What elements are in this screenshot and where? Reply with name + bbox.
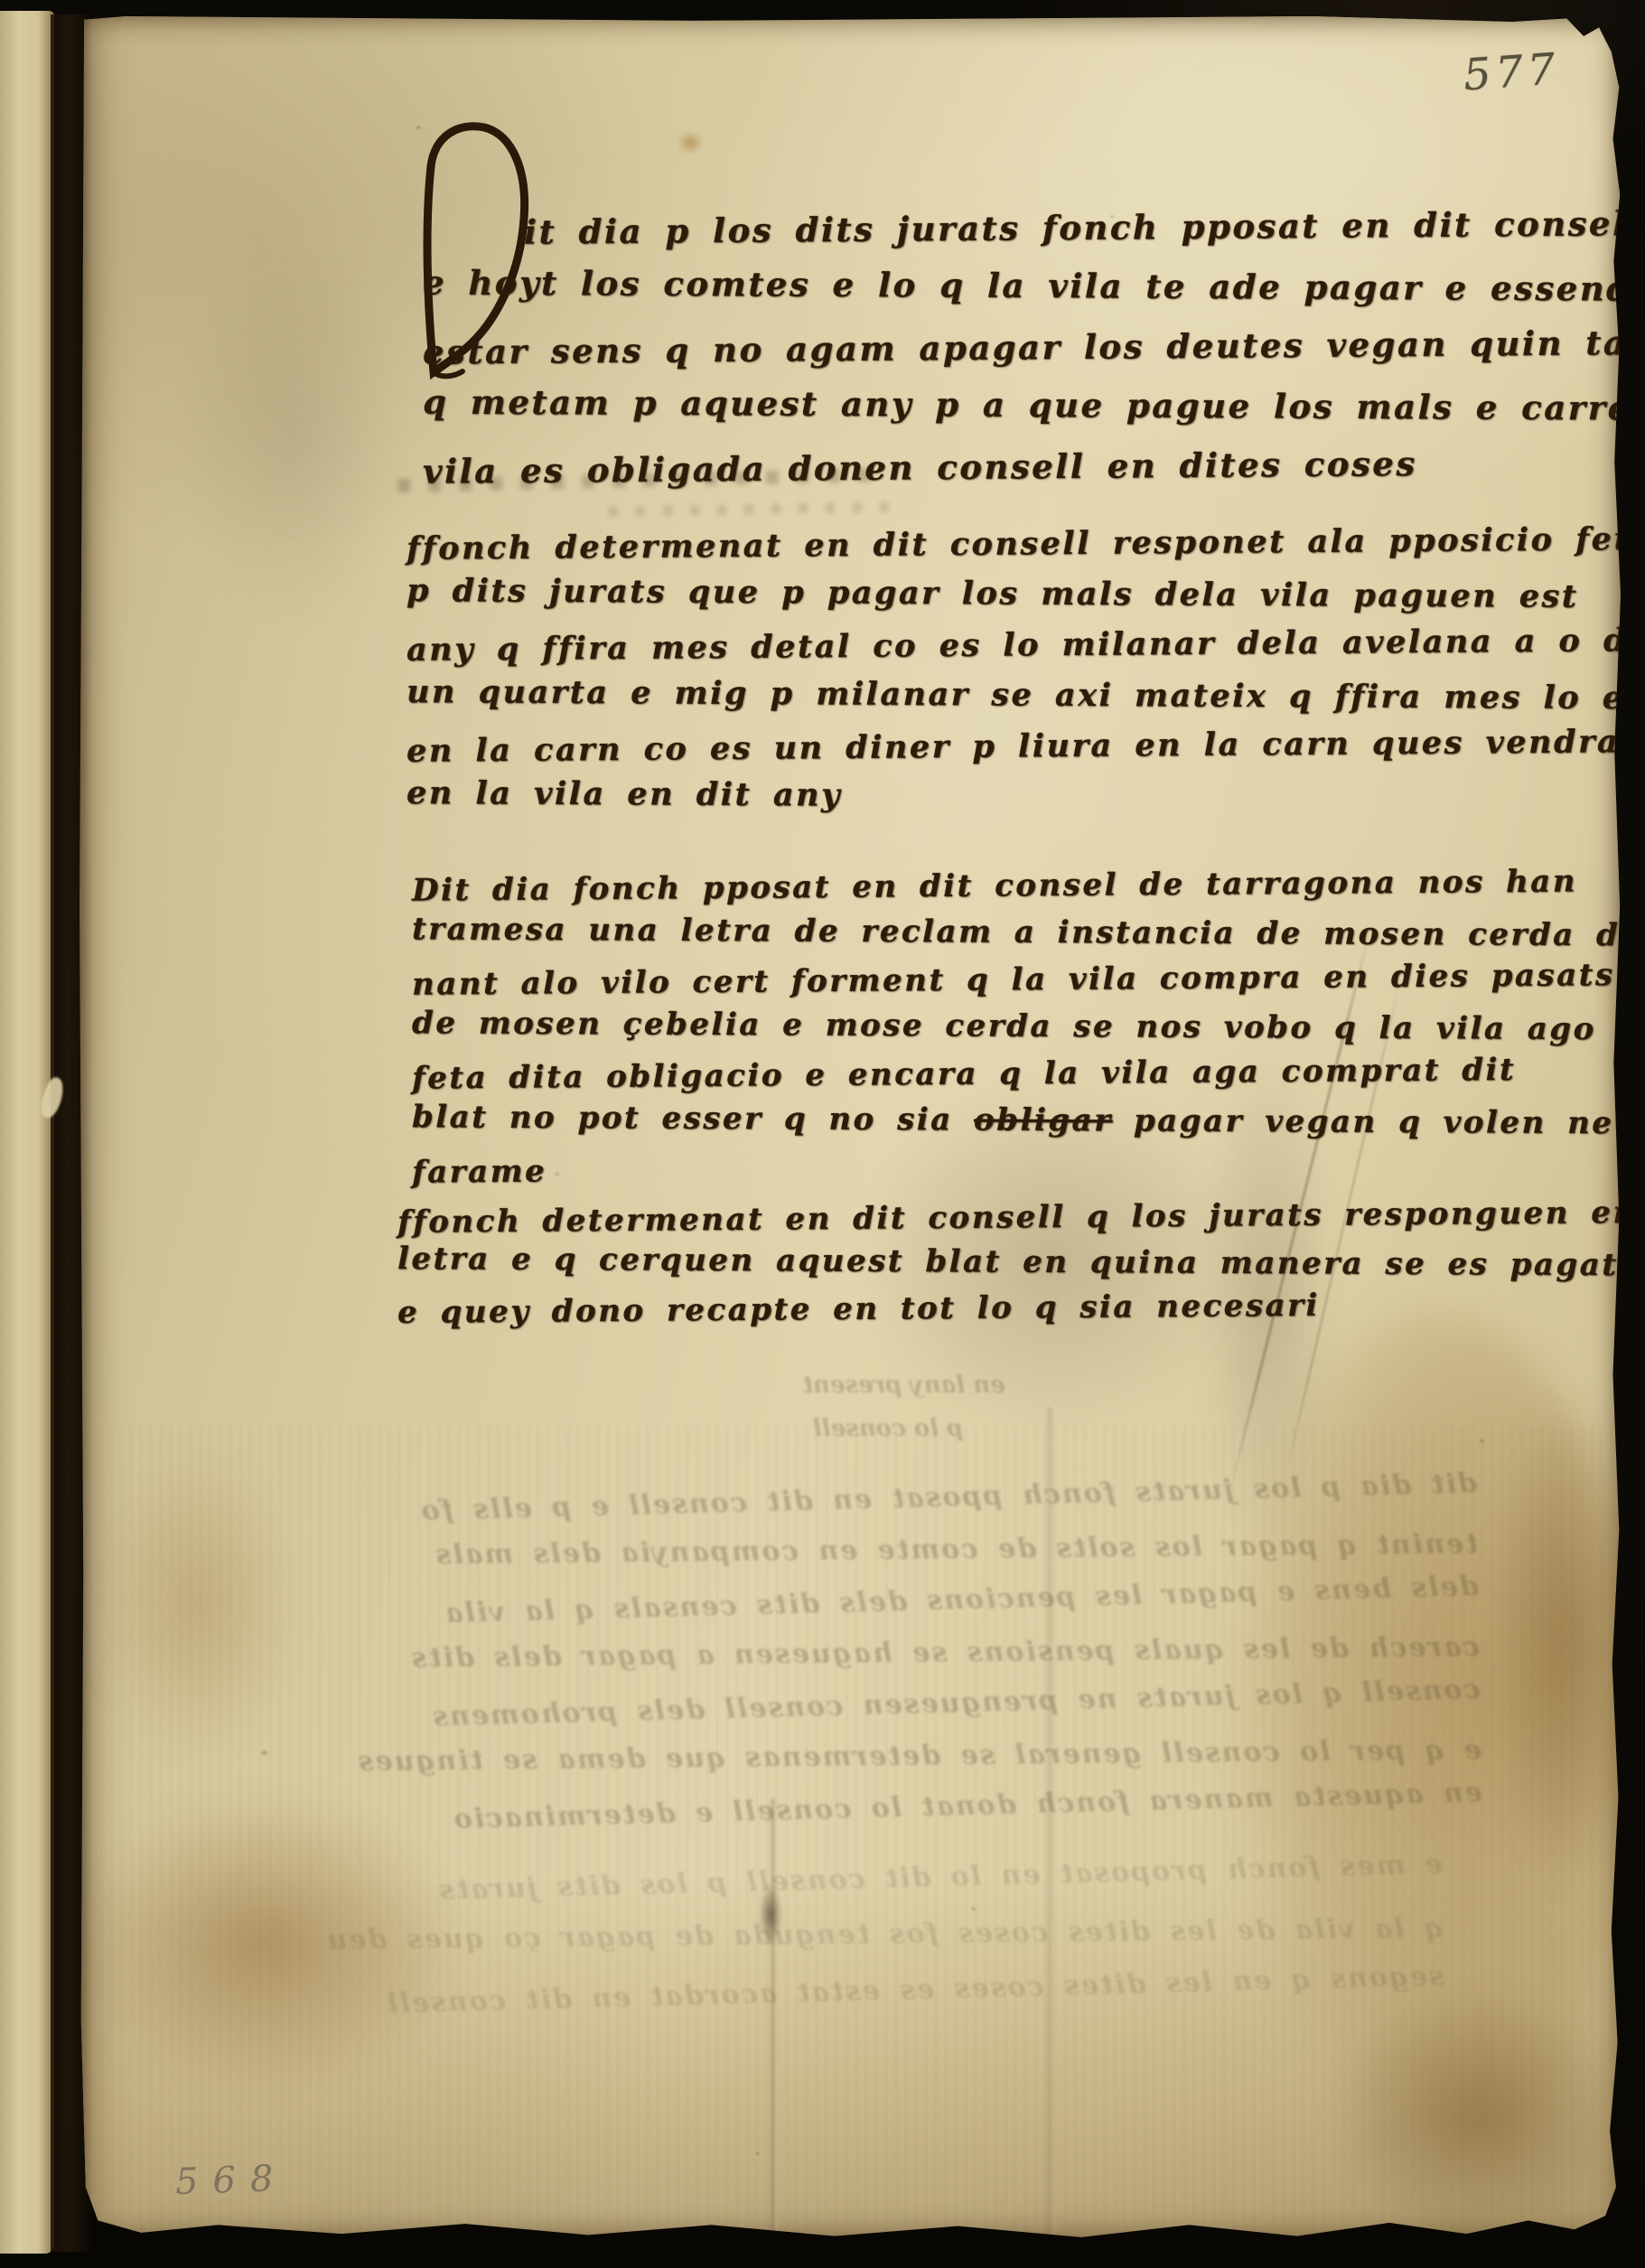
manuscript-scan: 577 568 D it dia p los dits jurats fonch… — [0, 0, 1645, 2268]
struck-word: obligar — [974, 1102, 1113, 1139]
text-line: en la carn co es un diner p liura en la … — [407, 716, 1645, 777]
text-line: ffonch determenat en dit consell respone… — [407, 513, 1645, 575]
text-line: en la vila en dit any — [407, 768, 1645, 826]
archival-number: 568 — [174, 2158, 288, 2203]
facing-page-edge — [0, 11, 54, 2254]
text-line: farame — [412, 1139, 1645, 1195]
text-line: de mosen çebelia e mose cerda se nos vob… — [412, 999, 1645, 1053]
text-line: vila es obligada donen consell en dites … — [423, 429, 1645, 501]
text-line: estar sens q no agam apagar los deutes v… — [423, 310, 1645, 381]
text-segment: blat no pot esser q no sia — [412, 1099, 974, 1138]
paragraph-2: ffonch determenat en dit consell respone… — [407, 519, 1645, 822]
text-line: tramesa una letra de reclam a instancia … — [412, 905, 1645, 959]
folio-number: 577 — [1462, 43, 1561, 100]
text-line: letra e q cerquen aquest blat en quina m… — [397, 1236, 1645, 1289]
manuscript-page: 577 568 D it dia p los dits jurats fonch… — [79, 16, 1621, 2243]
text-line: it dia p los dits jurats fonch pposat en… — [423, 191, 1645, 262]
bleedthrough-block-1: dit dia p los jurats fonch pposat en dit… — [321, 1463, 1483, 1843]
text-line: p dits jurats que p pagar los mals dela … — [407, 566, 1645, 623]
text-segment: pagar vegan q volen ne — [1112, 1102, 1613, 1141]
gutter-shadow — [51, 14, 92, 2252]
paragraph-4: ffonch determenat en dit consell q los j… — [397, 1195, 1645, 1330]
bleedthrough-note: p lo consell — [813, 1415, 964, 1442]
bleedthrough-note: en lany present — [802, 1372, 1005, 1399]
bleedthrough-block-2: e mes fonch proposat en lo dit consell p… — [376, 1842, 1444, 2029]
text-line: any q ffira mes detal co es lo milanar d… — [407, 614, 1645, 676]
text-line: blat no pot esser q no sia obligar pagar… — [412, 1093, 1645, 1147]
text-line: e hoyt los comtes e lo q la vila te ade … — [423, 253, 1645, 321]
paragraph-1: it dia p los dits jurats fonch pposat en… — [423, 197, 1645, 495]
text-line: nant alo vilo cert forment q la vila com… — [412, 951, 1645, 1007]
text-line: e quey dono recapte en tot lo q sia nece… — [397, 1279, 1645, 1335]
text-line: un quarta e mig p milanar se axi mateix … — [407, 667, 1645, 725]
text-line: feta dita obligacio e encara q la vila a… — [412, 1045, 1645, 1101]
text-line: Dit dia fonch pposat en dit consel de ta… — [412, 857, 1645, 914]
text-line: q metam p aquest any p a que pague los m… — [423, 372, 1645, 440]
paragraph-3: Dit dia fonch pposat en dit consel de ta… — [412, 862, 1645, 1191]
